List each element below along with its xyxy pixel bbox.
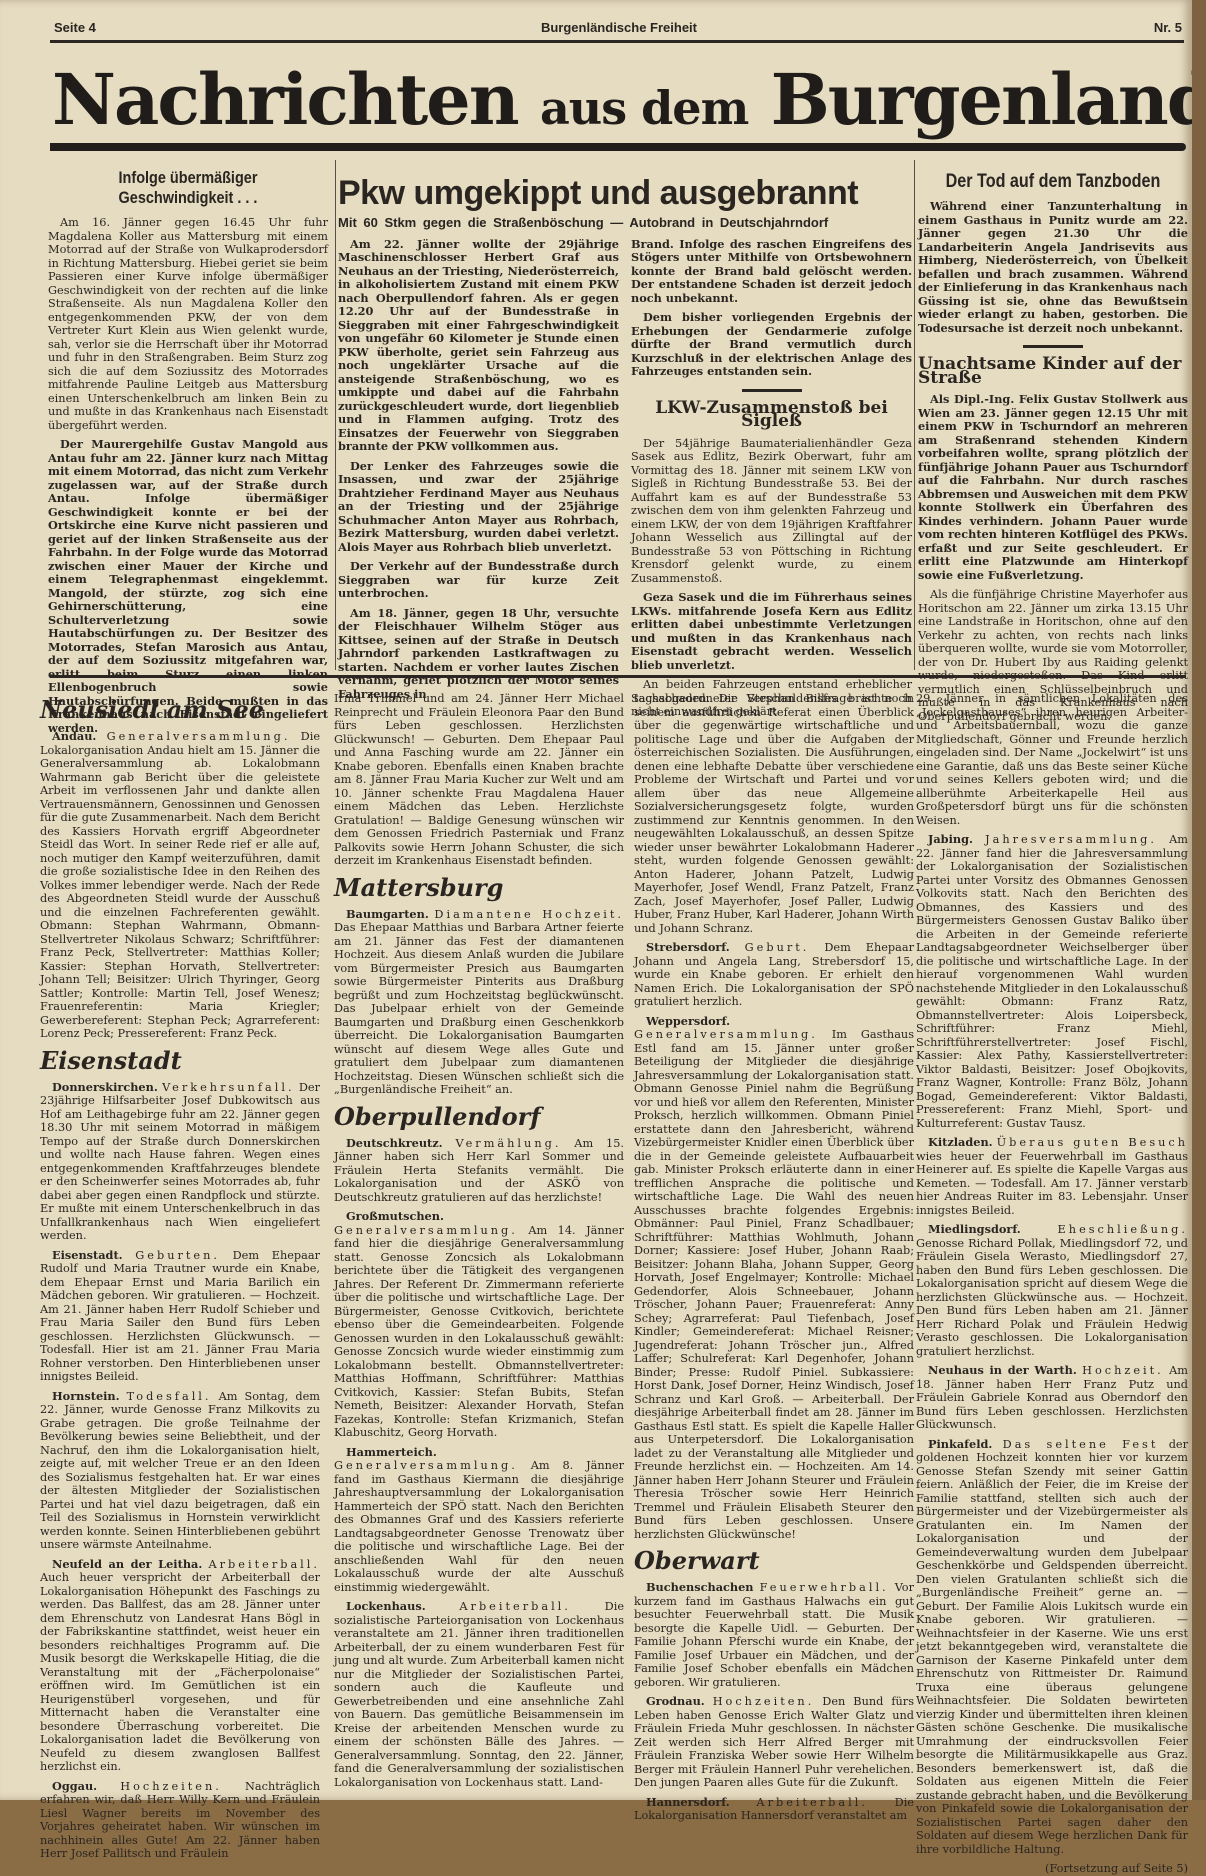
article-paragraph: Am 22. Jänner wollte der 29jährige Masch… <box>338 238 619 454</box>
column-local-news-3: tagsabgeordneter Stephan Billes brachte … <box>634 692 914 1800</box>
article-paragraph: Brand. Infolge des raschen Eingreifens d… <box>631 238 912 306</box>
article-paragraph: Als Dipl.-Ing. Felix Gustav Stollwerk au… <box>918 393 1188 582</box>
article-title: Infolge übermäßiger Geschwindigkeit . . … <box>69 168 307 208</box>
article-title: Unachtsame Kinder auf der Straße <box>918 358 1188 385</box>
column-local-news-4: 29. Jänner in sämtlichen Lokalitäten des… <box>916 692 1188 1800</box>
banner-word-1: Nachrichten <box>52 58 518 141</box>
article-pkw-burnt: Pkw umgekippt und ausgebrannt Mit 60 Stk… <box>338 174 912 725</box>
article-speeding: Infolge übermäßiger Geschwindigkeit . . … <box>48 168 328 741</box>
article-paragraph: Dem bisher vorliegenden Ergebnis der Erh… <box>631 311 912 379</box>
article-dance-death: Der Tod auf dem Tanzboden Während einer … <box>918 172 1188 729</box>
page-edge <box>1192 0 1206 1800</box>
issue-number: Nr. 5 <box>1154 20 1182 35</box>
column-local-news-2: Irma Trimmel und am 24. Jänner Herr Mich… <box>334 692 624 1795</box>
banner-rule <box>50 143 1186 151</box>
article-title: LKW-Zusammenstoß bei Sigleß <box>631 402 912 429</box>
article-paragraph: Der 54jährige Baumaterialienhändler Geza… <box>631 437 912 586</box>
region-heading: Oberwart <box>634 1547 914 1575</box>
page-header: Seite 4 Burgenländische Freiheit Nr. 5 <box>54 16 1184 38</box>
article-paragraph: Geza Sasek und die im Führerhaus seines … <box>631 591 912 672</box>
article-paragraph: 29. Jänner in sämtlichen Lokalitäten des… <box>916 692 1188 827</box>
article-paragraph: Während einer Tanzunterhaltung in einem … <box>918 200 1188 335</box>
separator <box>742 389 802 392</box>
region-heading: Neusiedl am See <box>40 696 320 724</box>
article-subheadline: Mit 60 Stkm gegen die Straßenböschung — … <box>338 216 912 230</box>
newspaper-name: Burgenländische Freiheit <box>54 20 1184 35</box>
separator <box>1023 345 1083 348</box>
region-heading: Mattersburg <box>334 874 624 902</box>
article-paragraph: Der Verkehr auf der Bundesstraße durch S… <box>338 560 619 601</box>
column-divider <box>335 160 336 670</box>
section-rule <box>50 675 1186 678</box>
article-paragraph: Der Lenker des Fahrzeuges sowie die Insa… <box>338 460 619 555</box>
column-divider <box>914 160 915 670</box>
article-paragraph: Irma Trimmel und am 24. Jänner Herr Mich… <box>334 692 624 868</box>
article-title: Der Tod auf dem Tanzboden <box>938 172 1168 192</box>
article-headline: Pkw umgekippt und ausgebrannt <box>338 174 912 212</box>
region-heading: Eisenstadt <box>40 1047 320 1075</box>
article-paragraph: Am 18. Jänner, gegen 18 Uhr, versuchte d… <box>338 607 619 702</box>
newspaper-page: Seite 4 Burgenländische Freiheit Nr. 5 N… <box>0 0 1192 1800</box>
banner-word-2: aus dem <box>540 81 748 135</box>
section-banner: Nachrichten aus dem Burgenland <box>52 58 1192 142</box>
banner-word-3: Burgenland <box>771 58 1192 141</box>
column-local-news-1: Neusiedl am See Andau. Generalversammlun… <box>40 690 320 1800</box>
region-heading: Oberpullendorf <box>334 1103 624 1131</box>
article-paragraph: tagsabgeordneter Stephan Billes brachte … <box>634 692 914 935</box>
header-rule <box>50 40 1184 43</box>
article-paragraph: Am 16. Jänner gegen 16.45 Uhr fuhr Magda… <box>48 216 328 432</box>
